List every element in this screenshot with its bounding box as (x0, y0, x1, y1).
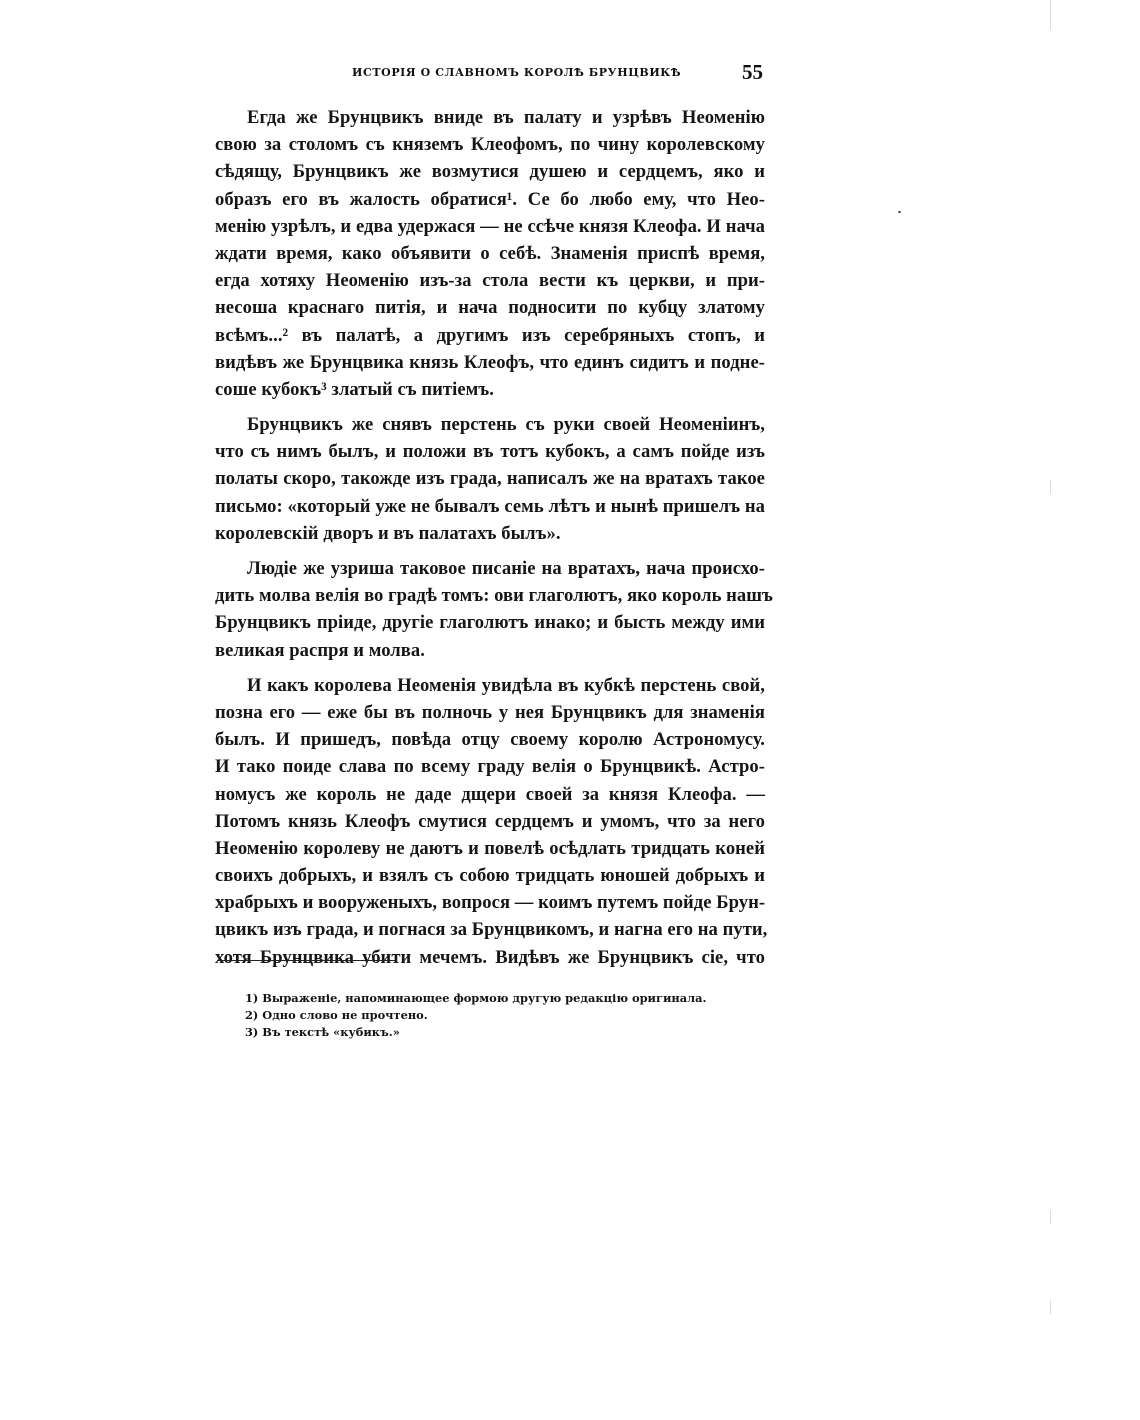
text-line: цвикъ изъ града, и погнася за Брунцвиком… (215, 916, 765, 943)
running-head: ИСТОРІЯ О СЛАВНОМЪ КОРОЛѢ БРУНЦВИКѢ 55 (215, 62, 765, 86)
footnote-1: 1) Выраженіе, напоминающее формою другую… (245, 990, 765, 1007)
text-line: королевскій дворъ и въ палатахъ былъ». (215, 520, 765, 547)
text-line: своихъ добрыхъ, и взялъ съ собою тридцат… (215, 862, 765, 889)
text-line: Егда же Брунцвикъ вниде въ палату и узрѣ… (215, 104, 765, 131)
footnotes: 1) Выраженіе, напоминающее формою другую… (245, 990, 765, 1041)
running-title: ИСТОРІЯ О СЛАВНОМЪ КОРОЛѢ БРУНЦВИКѢ (352, 66, 681, 79)
text-line: великая распря и молва. (215, 637, 765, 664)
footnote-2: 2) Одно слово не прочтено. (245, 1007, 765, 1024)
text-line: всѣмъ...² въ палатѣ, а другимъ изъ сереб… (215, 322, 765, 349)
text-line: хотя Брунцвика убити мечемъ. Видѣвъ же Б… (215, 944, 765, 971)
scan-edge-mark (1050, 1210, 1051, 1224)
scan-edge-mark (1050, 1300, 1051, 1314)
text-line: что съ нимъ былъ, и положи въ тотъ кубок… (215, 438, 765, 465)
text-line: И тако поиде слава по всему граду велія … (215, 753, 765, 780)
text-line: позна его — еже бы въ полночь у нея Брун… (215, 699, 765, 726)
footnote-separator-rule (217, 960, 397, 961)
text-line: письмо: «который уже не бывалъ семь лѣтъ… (215, 493, 765, 520)
paragraph-3: Людіе же узриша таковое писаніе на врата… (215, 555, 765, 664)
text-line: полаты скоро, такожде изъ града, написал… (215, 465, 765, 492)
text-line: И какъ королева Неоменія увидѣла въ кубк… (215, 672, 765, 699)
paragraph-4: И какъ королева Неоменія увидѣла въ кубк… (215, 672, 765, 971)
text-line: несоша краснаго питія, и нача подносити … (215, 294, 765, 321)
paragraph-1: Егда же Брунцвикъ вниде въ палату и узрѣ… (215, 104, 765, 403)
text-line: сѣдящу, Брунцвикъ же возмутися душею и с… (215, 158, 765, 185)
text-line: Потомъ князь Клеофъ смутися сердцемъ и у… (215, 808, 765, 835)
text-line: Брунцвикъ же снявъ перстень съ руки свое… (215, 411, 765, 438)
page-number: 55 (742, 60, 763, 85)
text-line: свою за столомъ съ княземъ Клеофомъ, по … (215, 131, 765, 158)
text-line: былъ. И пришедъ, повѣда отцу своему коро… (215, 726, 765, 753)
scan-edge-mark (1050, 480, 1051, 494)
scan-edge-mark (1050, 0, 1051, 30)
text-line: номусъ же король не даде дщери своей за … (215, 781, 765, 808)
text-line: егда хотяху Неоменію изъ-за стола вести … (215, 267, 765, 294)
text-line: Людіе же узриша таковое писаніе на врата… (215, 555, 765, 582)
book-page: ИСТОРІЯ О СЛАВНОМЪ КОРОЛѢ БРУНЦВИКѢ 55 Е… (0, 0, 1140, 1420)
text-line: видѣвъ же Брунцвика князь Клеофъ, что ед… (215, 349, 765, 376)
paragraph-2: Брунцвикъ же снявъ перстень съ руки свое… (215, 411, 765, 547)
text-line: дить молва велія во градѣ томъ: ови глаг… (215, 582, 765, 609)
text-line: образъ его въ жалость обратися¹. Се бо л… (215, 186, 765, 213)
text-line: менію узрѣлъ, и едва удержася — не ссѣче… (215, 213, 765, 240)
text-line: соше кубокъ³ златый съ питіемъ. (215, 376, 765, 403)
text-line: ждати время, како объявити о себѣ. Знаме… (215, 240, 765, 267)
text-line: Неоменію королеву не даютъ и повелѣ осѣд… (215, 835, 765, 862)
body-text: Егда же Брунцвикъ вниде въ палату и узрѣ… (215, 104, 765, 979)
scan-speck (898, 211, 901, 213)
footnote-3: 3) Въ текстѣ «кубикъ.» (245, 1024, 765, 1041)
text-line: Брунцвикъ пріиде, другіе глаголютъ инако… (215, 609, 765, 636)
text-line: храбрыхъ и вооруженыхъ, вопрося — коимъ … (215, 889, 765, 916)
